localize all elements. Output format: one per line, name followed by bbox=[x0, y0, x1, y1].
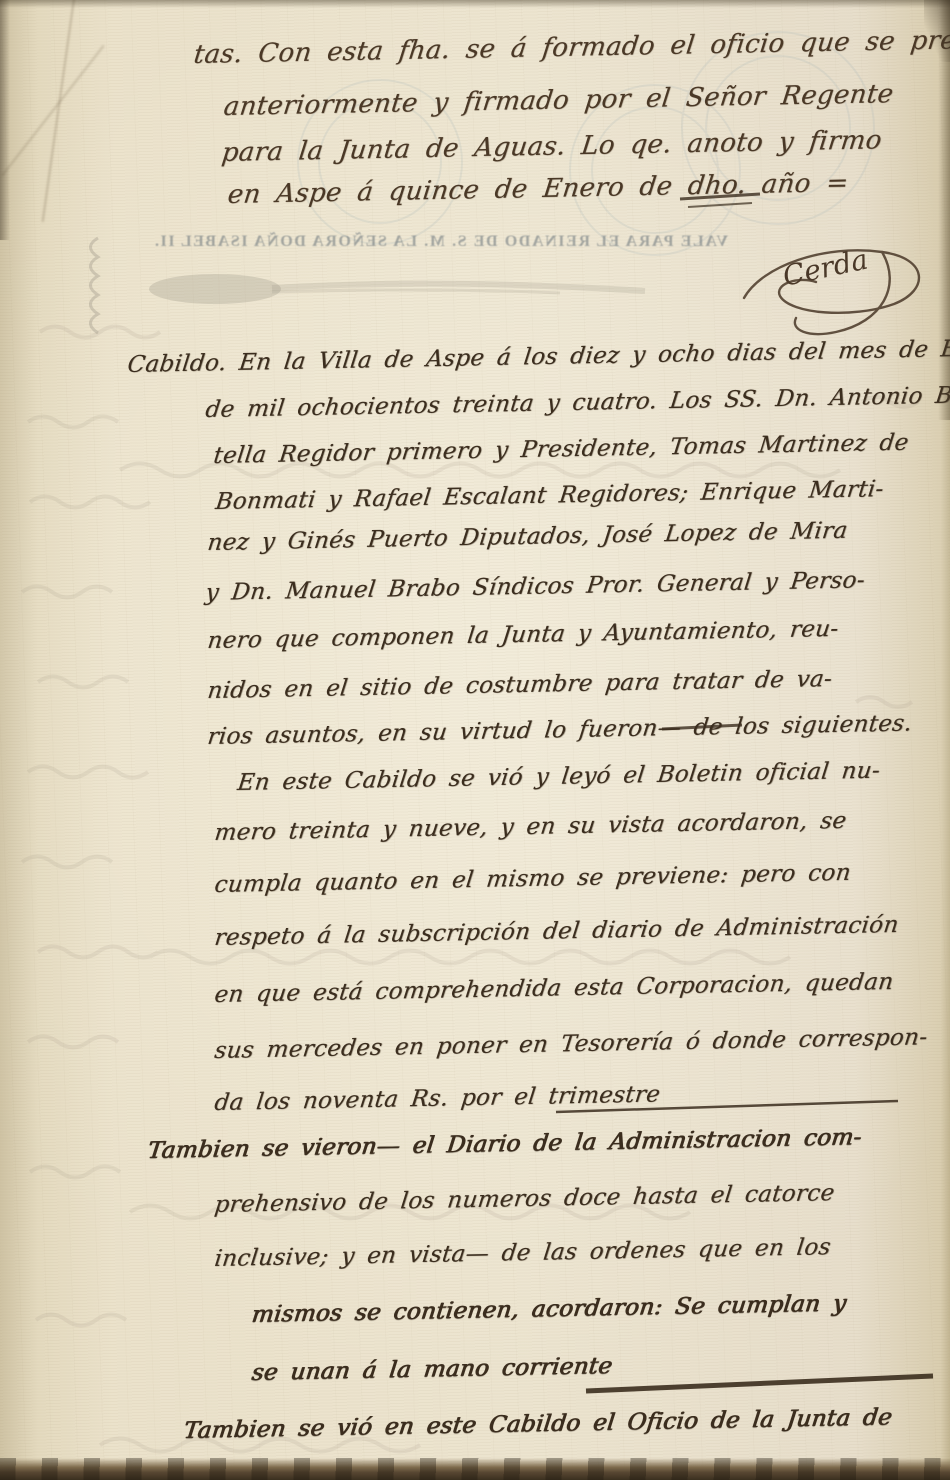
signature-name: Cerda bbox=[780, 243, 871, 293]
manuscript-line: en que está comprehendida esta Corporaci… bbox=[213, 969, 895, 1008]
line-text: tas. Con esta fha. se á formado el ofici… bbox=[192, 24, 950, 70]
line-text: y Dn. Manuel Brabo Síndicos Pror. Genera… bbox=[204, 567, 866, 606]
manuscript-line: mero treinta y nueve, y en su vista acor… bbox=[213, 808, 848, 846]
manuscript-line: prehensivo de los numeros doce hasta el … bbox=[213, 1180, 836, 1218]
manuscript-line: inclusive; y en vista— de las ordenes qu… bbox=[213, 1234, 832, 1272]
manuscript-line: respeto á la subscripción del diario de … bbox=[213, 912, 900, 951]
line-text: Tambien se vió en este Cabildo el Oficio… bbox=[182, 1404, 893, 1444]
line-text: Bonmati y Rafael Escalant Regidores; Enr… bbox=[214, 476, 885, 515]
scanned-document: VALE PARA EL REINADO DE S. M. LA SEÑORA … bbox=[0, 0, 950, 1480]
quill-smudge bbox=[149, 274, 645, 304]
long-dash-strokes bbox=[556, 194, 933, 1391]
line-text: inclusive; y en vista— de las ordenes qu… bbox=[213, 1234, 832, 1272]
manuscript-line: nidos en el sitio de costumbre para trat… bbox=[206, 666, 834, 704]
line-text: mero treinta y nueve, y en su vista acor… bbox=[213, 808, 848, 846]
manuscript-line: cumpla quanto en el mismo se previene: p… bbox=[213, 860, 852, 898]
page-corner-top-right bbox=[924, 0, 950, 62]
line-text: nero que componen la Junta y Ayuntamient… bbox=[206, 616, 840, 654]
fold-crease-vertical bbox=[42, 0, 77, 222]
manuscript-line: y Dn. Manuel Brabo Síndicos Pror. Genera… bbox=[204, 567, 866, 606]
manuscript-line: sus mercedes en poner en Tesorería ó don… bbox=[213, 1024, 929, 1064]
line-text: mismos se contienen, acordaron: Se cumpl… bbox=[250, 1291, 848, 1328]
margin-scallop-ghost bbox=[91, 238, 99, 333]
line-text: en Aspe á quince de Enero de dho. año = bbox=[226, 168, 850, 210]
line-text: respeto á la subscripción del diario de … bbox=[213, 912, 900, 951]
line-text: en que está comprehendida esta Corporaci… bbox=[213, 969, 895, 1008]
line-text: nez y Ginés Puerto Diputados, José Lopez… bbox=[206, 518, 849, 556]
manuscript-line: mismos se contienen, acordaron: Se cumpl… bbox=[250, 1291, 848, 1328]
manuscript-line: anteriormente y firmado por el Señor Reg… bbox=[222, 79, 895, 122]
manuscript-line: Cabildo. En la Villa de Aspe á los diez … bbox=[126, 335, 950, 378]
manuscript-line: rios asuntos, en su virtud lo fueron— de… bbox=[206, 711, 914, 750]
manuscript-line: tas. Con esta fha. se á formado el ofici… bbox=[192, 24, 950, 70]
line-text: rios asuntos, en su virtud lo fueron— de… bbox=[206, 711, 914, 750]
line-text: da los noventa Rs. por el trimestre bbox=[213, 1081, 662, 1116]
page-edge-right bbox=[938, 0, 950, 420]
manuscript-line: En este Cabildo se vió y leyó el Boletin… bbox=[236, 758, 882, 796]
line-text: Tambien se vieron— el Diario de la Admin… bbox=[146, 1124, 863, 1164]
fold-crease-diagonal bbox=[1, 45, 104, 176]
manuscript-line: se unan á la mano corriente bbox=[250, 1353, 614, 1386]
line-text: tella Regidor primero y Presidente, Toma… bbox=[212, 430, 910, 469]
line-text: Cabildo. En la Villa de Aspe á los diez … bbox=[126, 335, 950, 378]
line-text: de mil ochocientos treinta y cuatro. Los… bbox=[204, 382, 950, 423]
manuscript-line: tella Regidor primero y Presidente, Toma… bbox=[212, 430, 910, 469]
page-edge-top bbox=[0, 0, 950, 8]
line-text: para la Junta de Aguas. Lo qe. anoto y f… bbox=[220, 125, 884, 168]
manuscript-line: en Aspe á quince de Enero de dho. año = bbox=[226, 168, 850, 210]
line-text: cumpla quanto en el mismo se previene: p… bbox=[213, 860, 852, 898]
line-text: sus mercedes en poner en Tesorería ó don… bbox=[213, 1024, 929, 1064]
page-edge-left bbox=[0, 0, 10, 240]
line-text: En este Cabildo se vió y leyó el Boletin… bbox=[236, 758, 882, 796]
line-text: prehensivo de los numeros doce hasta el … bbox=[213, 1180, 836, 1218]
manuscript-line: nez y Ginés Puerto Diputados, José Lopez… bbox=[206, 518, 849, 556]
line-text: anteriormente y firmado por el Señor Reg… bbox=[222, 79, 895, 122]
manuscript-line: para la Junta de Aguas. Lo qe. anoto y f… bbox=[220, 125, 884, 168]
manuscript-line: Tambien se vieron— el Diario de la Admin… bbox=[146, 1124, 863, 1164]
manuscript-line: Bonmati y Rafael Escalant Regidores; Enr… bbox=[214, 476, 885, 515]
manuscript-line: Tambien se vió en este Cabildo el Oficio… bbox=[182, 1404, 893, 1444]
line-text: se unan á la mano corriente bbox=[250, 1353, 614, 1386]
manuscript-line: nero que componen la Junta y Ayuntamient… bbox=[206, 616, 840, 654]
stamp-bleed-text: VALE PARA EL REINADO DE S. M. LA SEÑORA … bbox=[128, 233, 728, 251]
manuscript-line: da los noventa Rs. por el trimestre bbox=[213, 1081, 662, 1116]
torn-bottom-edge bbox=[0, 1458, 950, 1480]
line-text: nidos en el sitio de costumbre para trat… bbox=[206, 666, 834, 704]
manuscript-line: de mil ochocientos treinta y cuatro. Los… bbox=[204, 382, 950, 423]
manuscript-page: VALE PARA EL REINADO DE S. M. LA SEÑORA … bbox=[0, 0, 950, 1480]
